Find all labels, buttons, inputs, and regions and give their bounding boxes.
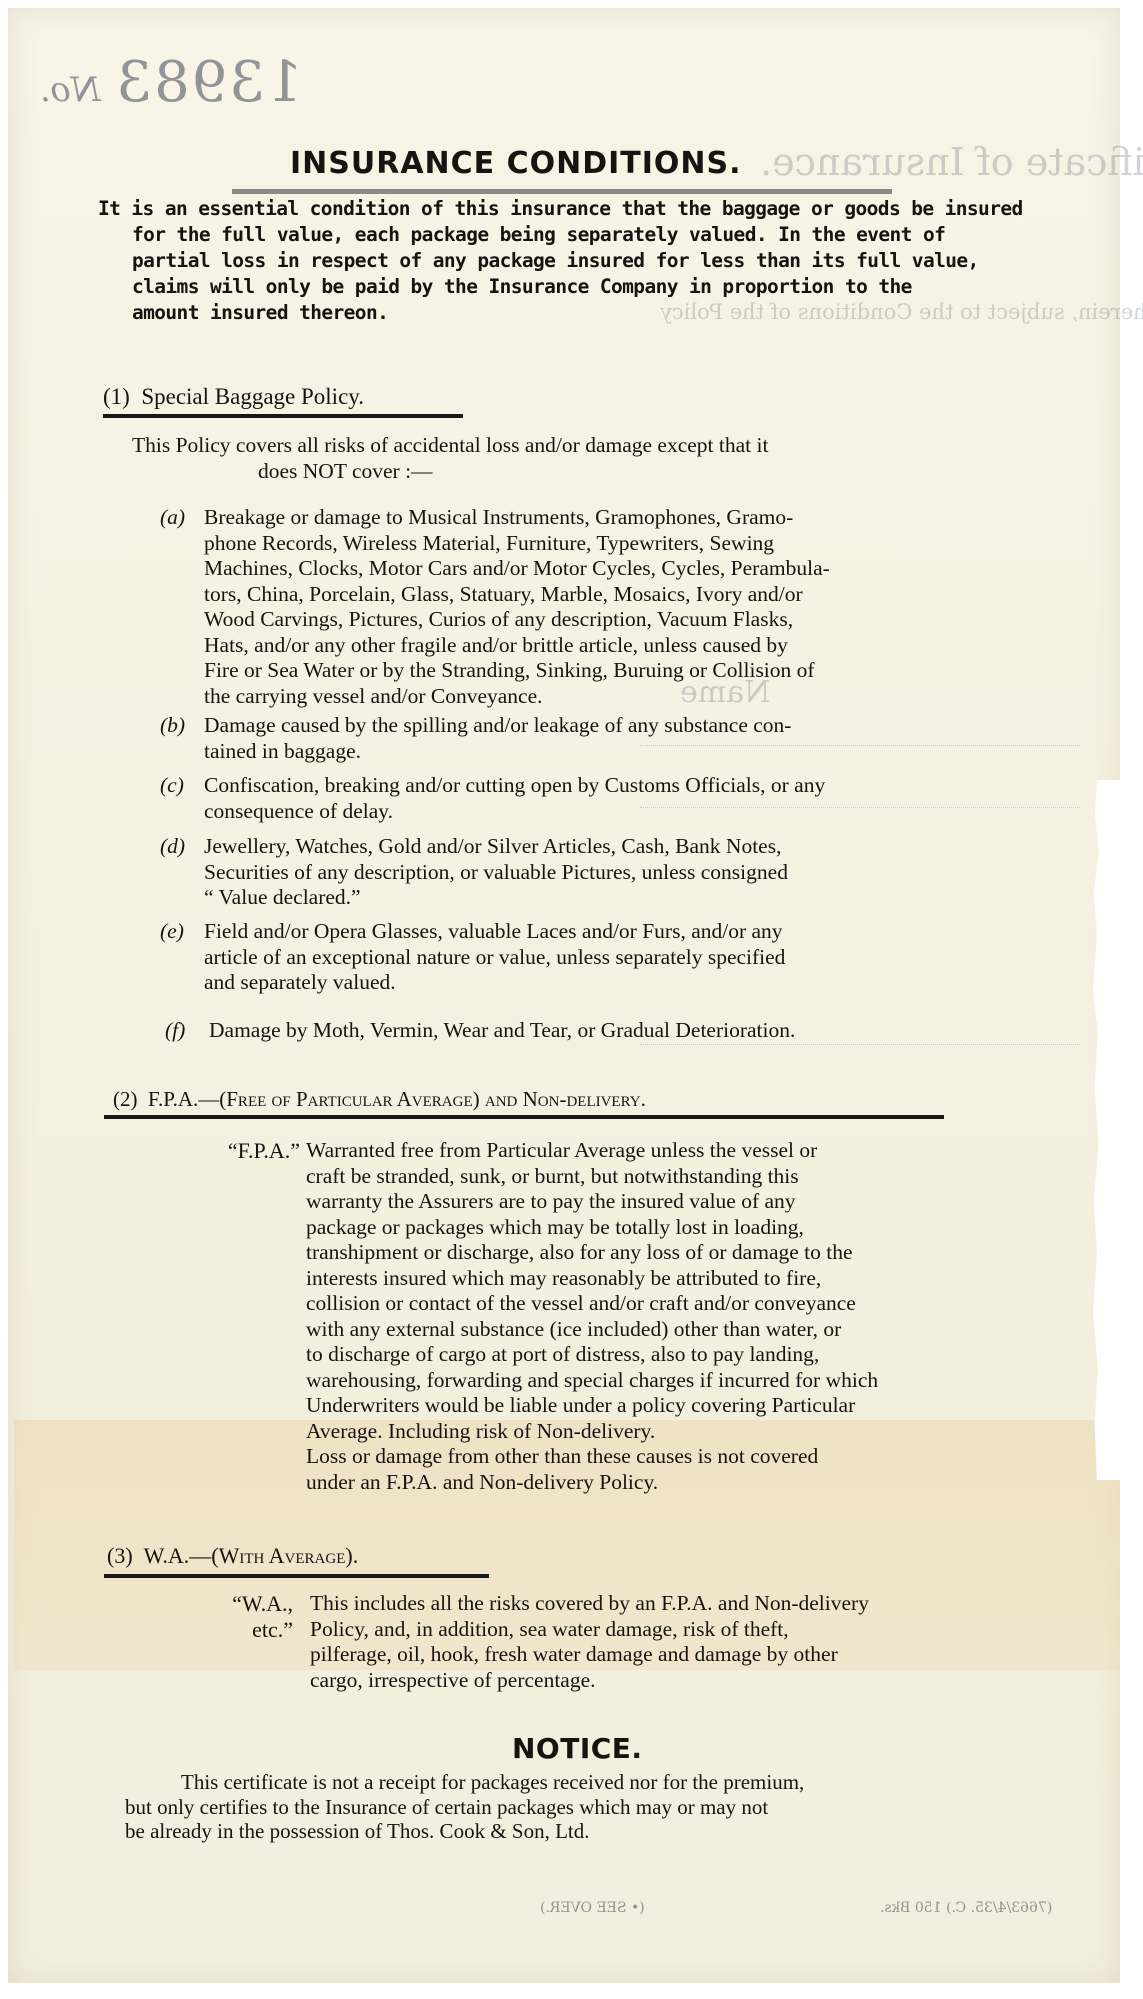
form-dotted-line [640,1044,1080,1045]
exclusion-mark: (f) [165,1018,185,1044]
exclusion-line: and separately valued. [204,970,785,996]
wa-label: “W.A., etc.” [188,1591,293,1642]
exclusion-line: Hats, and/or any other fragile and/or br… [204,633,830,659]
exclusion-line: Confiscation, breaking and/or cutting op… [204,773,825,799]
page-title: INSURANCE CONDITIONS. [290,146,742,181]
section-1-heading: (1) Special Baggage Policy. [103,384,364,410]
exclusion-line: Wood Carvings, Pictures, Curios of any d… [204,607,830,633]
intro-paragraph: It is an essential condition of this ins… [98,196,1058,326]
exclusion-line: Jewellery, Watches, Gold and/or Silver A… [204,834,788,860]
section-title: Special Baggage Policy. [141,384,364,409]
section-title: W.A.—(With Average). [144,1543,359,1568]
exclusion-line: “ Value declared.” [204,885,788,911]
wa-label-line: “W.A., [188,1591,293,1617]
intro-line: It is an essential condition of this ins… [98,196,1058,222]
section-number: (2) [113,1087,138,1111]
fpa-line: package or packages which may be totally… [306,1215,878,1241]
section-number: (1) [103,384,130,409]
notice-line: This certificate is not a receipt for pa… [125,1770,804,1795]
section-2-underline [104,1115,944,1119]
exclusion-line: the carrying vessel and/or Conveyance. [204,684,830,710]
fpa-line: collision or contact of the vessel and/o… [306,1291,878,1317]
lead-line: This Policy covers all risks of accident… [132,433,768,459]
exclusion-line: consequence of delay. [204,799,825,825]
intro-line: amount insured thereon. [98,300,1058,326]
exclusion-line: Machines, Clocks, Motor Cars and/or Moto… [204,556,830,582]
section-1-underline [103,414,463,418]
form-dotted-line [640,807,1080,808]
exclusion-line: Damage by Moth, Vermin, Wear and Tear, o… [209,1018,795,1044]
fpa-line: Underwriters would be liable under a pol… [306,1393,878,1419]
serial-number: 13983No. [40,50,303,115]
intro-line: claims will only be paid by the Insuranc… [98,274,1058,300]
exclusion-line: Field and/or Opera Glasses, valuable Lac… [204,919,785,945]
wa-text: This includes all the risks covered by a… [310,1591,869,1693]
wa-line: Policy, and, in addition, sea water dama… [310,1617,869,1643]
exclusion-mark: (e) [160,919,184,945]
fpa-line: warehousing, forwarding and special char… [306,1368,878,1394]
fpa-line: with any external substance (ice include… [306,1317,878,1343]
form-dotted-line [640,745,1080,746]
reverse-footer-see-over: (• SEE OVER.) [540,1900,645,1916]
fpa-line: under an F.P.A. and Non-delivery Policy. [306,1470,878,1496]
exclusion-line: Damage caused by the spilling and/or lea… [204,713,791,739]
wa-label-line: etc.” [188,1617,293,1643]
notice-line: be already in the possession of Thos. Co… [125,1819,804,1844]
intro-line: partial loss in respect of any package i… [98,248,1058,274]
wa-line: pilferage, oil, hook, fresh water damage… [310,1642,869,1668]
fpa-line: craft be stranded, sunk, or burnt, but n… [306,1164,878,1190]
section-title: F.P.A.—(Free of Particular Average) and … [148,1087,646,1111]
notice-title: NOTICE. [512,1732,643,1765]
section-1-lead: This Policy covers all risks of accident… [132,433,768,484]
lead-line: does NOT cover :— [132,459,768,485]
exclusion-line: Securities of any description, or valuab… [204,860,788,886]
exclusion-line: tors, China, Porcelain, Glass, Statuary,… [204,582,830,608]
fpa-line: Loss or damage from other than these cau… [306,1444,878,1470]
reverse-footer-print-code: (7663/4/35. C.) 150 Bks. [880,1900,1052,1916]
intro-line: for the full value, each package being s… [98,222,1058,248]
notice-text: This certificate is not a receipt for pa… [125,1770,804,1844]
exclusion-line: Fire or Sea Water or by the Stranding, S… [204,658,830,684]
fpa-line: Warranted free from Particular Average u… [306,1138,878,1164]
fpa-text: Warranted free from Particular Average u… [306,1138,878,1495]
section-3-underline [104,1574,489,1578]
exclusion-mark: (d) [160,834,185,860]
fpa-line: to discharge of cargo at port of distres… [306,1342,878,1368]
exclusion-line: article of an exceptional nature or valu… [204,945,785,971]
exclusion-line: tained in baggage. [204,739,791,765]
section-2-heading: (2) F.P.A.—(Free of Particular Average) … [113,1087,646,1112]
reverse-ghost-heading: Certificate of Insurance. [760,140,1143,184]
serial-number-prefix: No. [40,70,100,110]
exclusion-line: phone Records, Wireless Material, Furnit… [204,531,830,557]
title-underline [232,189,892,194]
wa-line: cargo, irrespective of percentage. [310,1668,869,1694]
exclusion-line: Breakage or damage to Musical Instrument… [204,505,830,531]
fpa-line: Average. Including risk of Non-delivery. [306,1419,878,1445]
exclusion-mark: (a) [160,505,185,531]
notice-line: but only certifies to the Insurance of c… [125,1795,804,1820]
exclusion-mark: (b) [160,713,185,739]
fpa-label: “F.P.A.” [188,1138,300,1164]
wa-line: This includes all the risks covered by a… [310,1591,869,1617]
fpa-line: warranty the Assurers are to pay the ins… [306,1189,878,1215]
fpa-line: interests insured which may reasonably b… [306,1266,878,1292]
serial-number-value: 13983 [114,50,302,115]
fpa-line: transhipment or discharge, also for any … [306,1240,878,1266]
section-number: (3) [107,1543,133,1568]
section-3-heading: (3) W.A.—(With Average). [107,1543,358,1569]
exclusion-mark: (c) [160,773,184,799]
